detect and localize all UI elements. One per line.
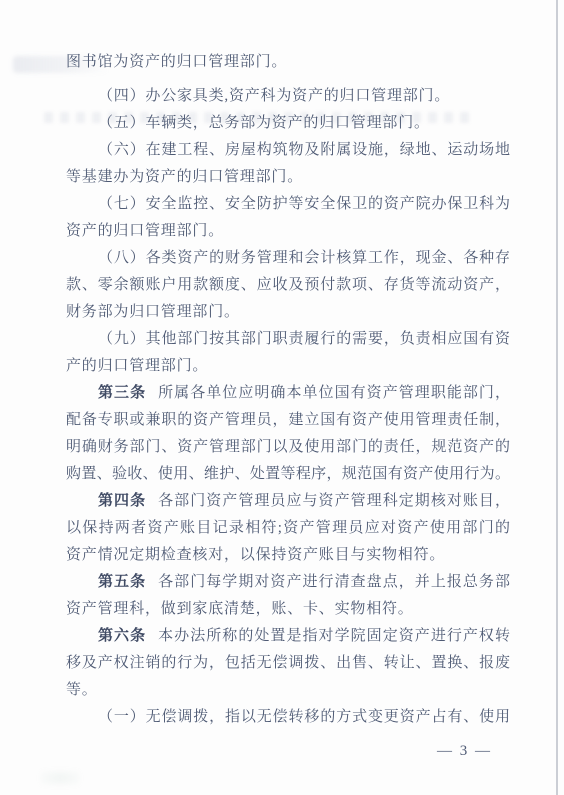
doc-line: （九）其他部门按其部门职责履行的需要，负责相应国有资 (66, 326, 510, 353)
article-number: 第六条 (98, 628, 146, 644)
page-number: — 3 — (437, 743, 492, 760)
scan-edge-line (556, 0, 558, 795)
doc-line: 明确财务部门、资产管理部门以及使用部门的责任，规范资产的 (66, 434, 510, 461)
doc-line: 图书馆为资产的归口管理部门。 (66, 49, 510, 76)
doc-line: 资产情况定期检查核对，以保持资产账目与实物相符。 (66, 542, 510, 569)
doc-line: 等基建办为资产的归口管理部门。 (66, 164, 510, 191)
article-number: 第四条 (98, 493, 146, 509)
document-page: 图书馆为资产的归口管理部门。 （四）办公家具类,资产科为资产的归口管理部门。 （… (0, 0, 564, 795)
doc-line: 款、零余额账户用款额度、应收及预付款项、存货等流动资产， (66, 272, 510, 299)
doc-line: 等。 (66, 677, 510, 704)
doc-line: 产的归口管理部门。 (66, 353, 510, 380)
doc-line: （四）办公家具类,资产科为资产的归口管理部门。 (66, 83, 510, 110)
doc-line: 移及产权注销的行为，包括无偿调拨、出售、转让、置换、报废 (66, 650, 510, 677)
doc-line: 财务部为归口管理部门。 (66, 299, 510, 326)
doc-line: 资产的归口管理部门。 (66, 218, 510, 245)
doc-line: 资产管理科，做到家底清楚，账、卡、实物相符。 (66, 596, 510, 623)
doc-line: 配备专职或兼职的资产管理员，建立国有资产使用管理责任制， (66, 407, 510, 434)
doc-line: 以保持两者资产账目记录相符;资产管理员应对资产使用部门的 (66, 515, 510, 542)
doc-line: 第五条各部门每学期对资产进行清查盘点，并上报总务部 (66, 569, 510, 596)
doc-line: （八）各类资产的财务管理和会计核算工作，现金、各种存 (66, 245, 510, 272)
doc-line: （五）车辆类，总务部为资产的归口管理部门。 (66, 110, 510, 137)
article-number: 第五条 (98, 574, 146, 590)
doc-line: 购置、验收、使用、维护、处置等程序，规范国有资产使用行为。 (66, 461, 510, 488)
article-number: 第三条 (98, 385, 146, 401)
scan-artifact-smudge (40, 770, 80, 786)
doc-line: 第六条本办法所称的处置是指对学院固定资产进行产权转 (66, 623, 510, 650)
doc-line: 第四条各部门资产管理员应与资产管理科定期核对账目， (66, 488, 510, 515)
document-body: 图书馆为资产的归口管理部门。 （四）办公家具类,资产科为资产的归口管理部门。 （… (66, 49, 510, 731)
doc-line: （一）无偿调拨，指以无偿转移的方式变更资产占有、使用 (66, 704, 510, 731)
doc-line: 第三条所属各单位应明确本单位国有资产管理职能部门， (66, 380, 510, 407)
doc-line: （六）在建工程、房屋构筑物及附属设施，绿地、运动场地 (66, 137, 510, 164)
doc-line: （七）安全监控、安全防护等安全保卫的资产院办保卫科为 (66, 191, 510, 218)
